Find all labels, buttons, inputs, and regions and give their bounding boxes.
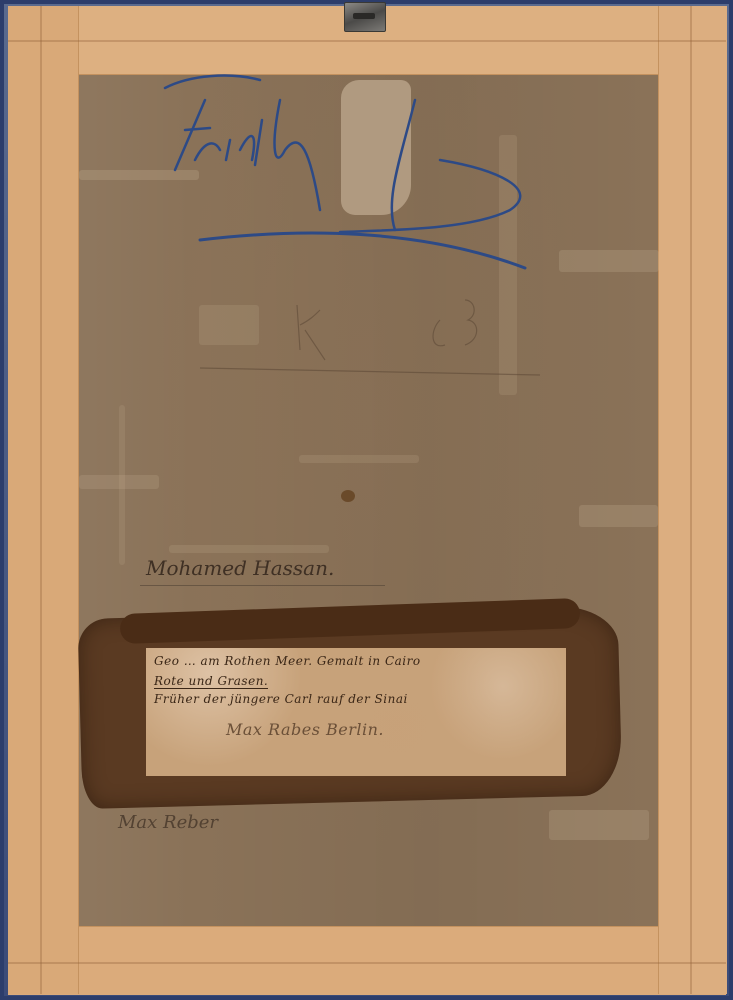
label-line-4: Max Rabes Berlin. — [226, 720, 384, 739]
faint-pencil-marks — [0, 0, 733, 1000]
label-line-2: Rote und Grasen. — [154, 674, 268, 689]
pencil-underline — [140, 585, 385, 586]
inscription-mohamed-hassan: Mohamed Hassan. — [146, 556, 334, 580]
inscription-lower-left: Max Reber — [118, 812, 218, 833]
label-line-3: Früher der jüngere Carl rauf der Sinai — [154, 692, 408, 706]
label-line-1: Geo … am Rothen Meer. Gemalt in Cairo — [154, 654, 421, 668]
paper-label: Geo … am Rothen Meer. Gemalt in Cairo Ro… — [146, 648, 566, 776]
